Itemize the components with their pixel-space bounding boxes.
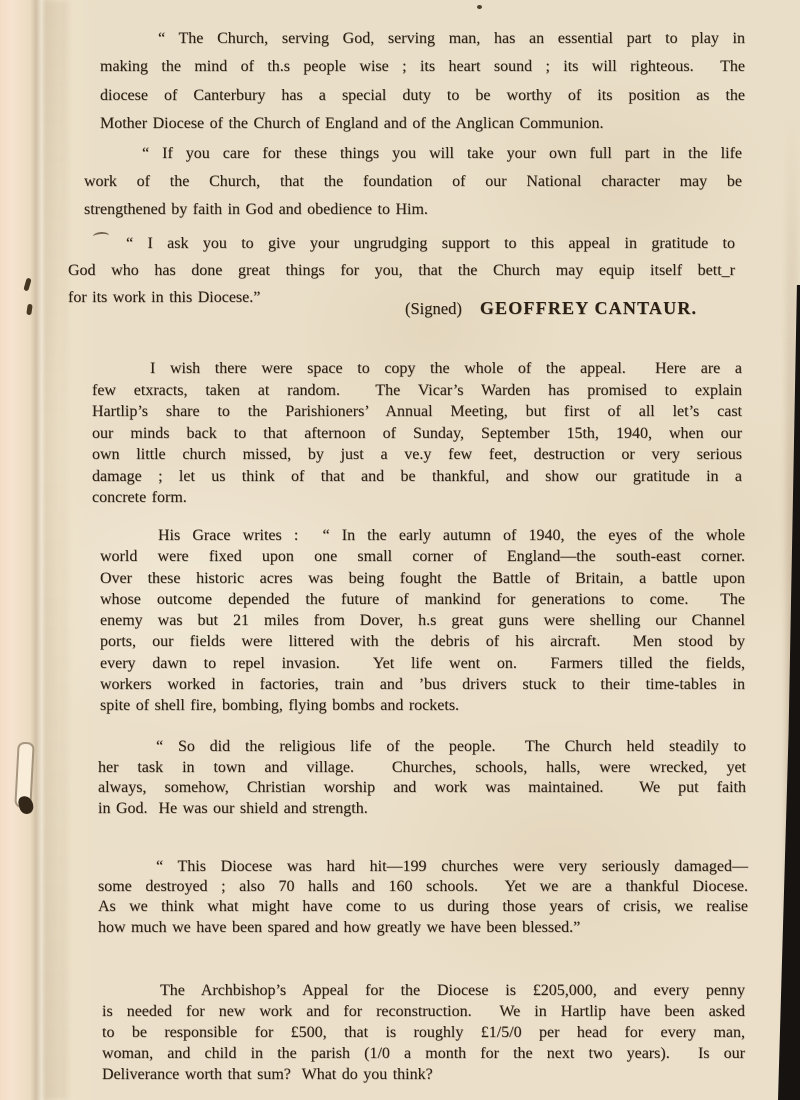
text-line: strengthened by faith in God and obedien…: [84, 196, 742, 224]
text-line: “ The Church, serving God, serving man, …: [100, 25, 745, 53]
text-line: “ This Diocese was hard hit—199 churches…: [98, 857, 748, 877]
text-line: damage ; let us think of that and be tha…: [92, 466, 742, 488]
text-line: whose outcome depended the future of man…: [100, 589, 745, 610]
signature-line: (Signed)GEOFFREY CANTAUR.: [405, 298, 697, 319]
text-line: diocese of Canterbury has a special duty…: [100, 82, 745, 110]
text-line: how much we have been spared and how gre…: [98, 918, 748, 938]
text-line: in God. He was our shield and strength.: [98, 799, 746, 820]
text-line: “ I ask you to give your ungrudging supp…: [68, 230, 735, 257]
text-line: to be responsible for £500, that is roug…: [102, 1022, 745, 1043]
text-line: world were fixed upon one small corner o…: [100, 546, 745, 567]
text-line: Over these historic acres was being foug…: [100, 568, 745, 589]
text-line: is needed for new work and for reconstru…: [102, 1001, 745, 1022]
text-line: The Archbishop’s Appeal for the Diocese …: [102, 980, 745, 1001]
text-line: few etxracts, taken at random. The Vicar…: [92, 380, 742, 402]
scanned-booklet-page: “ The Church, serving God, serving man, …: [0, 0, 800, 1100]
text-line: Deliverance worth that sum? What do you …: [102, 1064, 745, 1085]
text-line: making the mind of th.s people wise ; it…: [100, 53, 745, 81]
para-his-grace-writes: His Grace writes : “ In the early autumn…: [100, 525, 745, 717]
text-line: spite of shell fire, bombing, flying bom…: [100, 695, 745, 716]
text-line: “ If you care for these things you will …: [84, 140, 742, 168]
quote-para-full-part: “ If you care for these things you will …: [84, 140, 742, 224]
text-line: ports, our fields were littered with the…: [100, 631, 745, 652]
signature-prefix: (Signed): [405, 299, 462, 318]
ink-speck: [477, 5, 482, 9]
text-line: workers worked in factories, train and ’…: [100, 674, 745, 695]
text-line: enemy was but 21 miles from Dover, h.s g…: [100, 610, 745, 631]
text-line: God who has done great things for you, t…: [68, 257, 735, 284]
text-line: concrete form.: [92, 487, 742, 509]
text-line: own little church missed, by just a ve.y…: [92, 444, 742, 466]
text-line: her task in town and village. Churches, …: [98, 758, 746, 779]
text-line: I wish there were space to copy the whol…: [92, 358, 742, 380]
text-line: His Grace writes : “ In the early autumn…: [100, 525, 745, 546]
text-line: every dawn to repel invasion. Yet life w…: [100, 653, 745, 674]
text-line: work of the Church, that the foundation …: [84, 168, 742, 196]
text-line: some destroyed ; also 70 halls and 160 s…: [98, 877, 748, 897]
para-archbishops-appeal: The Archbishop’s Appeal for the Diocese …: [102, 980, 745, 1085]
text-line: Hartlip’s share to the Parishioners’ Ann…: [92, 401, 742, 423]
text-line: “ So did the religious life of the peopl…: [98, 737, 746, 758]
text-line: always, somehow, Christian worship and w…: [98, 778, 746, 799]
gutter-shadow: [42, 0, 68, 1100]
text-line: woman, and child in the parish (1/0 a mo…: [102, 1043, 745, 1064]
signature-name: GEOFFREY CANTAUR.: [480, 298, 697, 318]
text-line: Mother Diocese of the Church of England …: [100, 110, 745, 138]
para-religious-life: “ So did the religious life of the peopl…: [98, 737, 746, 819]
para-wish-for-space: I wish there were space to copy the whol…: [92, 358, 742, 509]
quote-para-church-purpose: “ The Church, serving God, serving man, …: [100, 25, 745, 138]
text-line: our minds back to that afternoon of Sund…: [92, 423, 742, 445]
para-diocese-hard-hit: “ This Diocese was hard hit—199 churches…: [98, 857, 748, 938]
text-line: As we think what might have come to us d…: [98, 897, 748, 917]
